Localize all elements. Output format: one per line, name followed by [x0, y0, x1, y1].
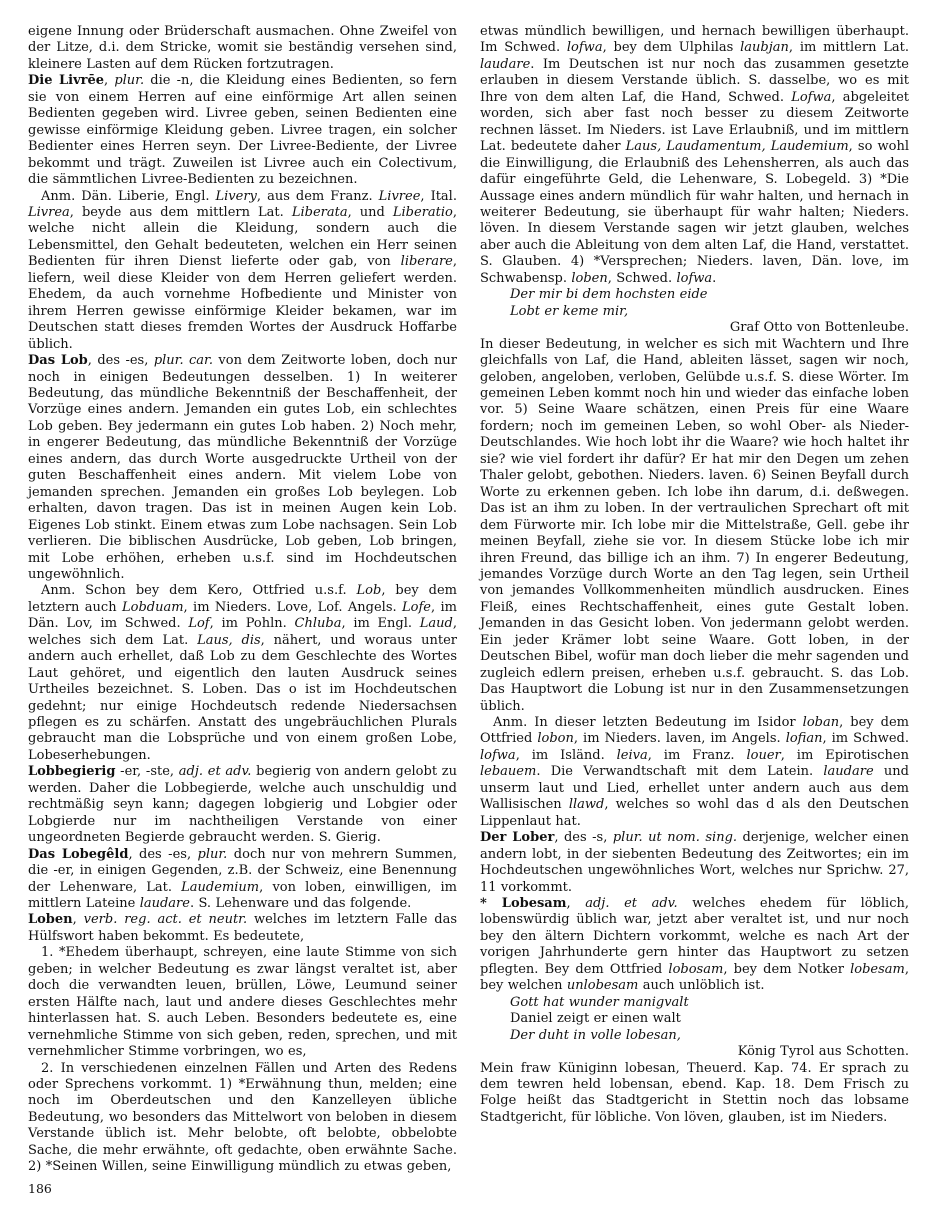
body-text: , so wohl die Einwilligung, die Erlaubni… — [480, 139, 909, 286]
body-text: , bey dem Notker — [723, 962, 850, 977]
foreign-term: plur. car. — [154, 353, 213, 368]
text-columns: eigene Innung oder Brüderschaft ausmache… — [28, 24, 909, 1176]
body-text: 2. In verschiedenen einzelnen Fällen und… — [28, 1061, 457, 1175]
foreign-term: Lof — [188, 616, 209, 631]
paragraph: etwas mündlich bewilligen, und hernach b… — [480, 24, 909, 287]
body-text: Anm. In dieser letzten Bedeutung im Isid… — [493, 715, 803, 730]
foreign-term: Lob — [357, 583, 382, 598]
foreign-term: unlobesam — [567, 978, 639, 993]
body-text: Anm. Schon bey dem Kero, Ottfried u.s.f. — [41, 583, 357, 598]
dictionary-entry: Loben, verb. reg. act. et neutr. welches… — [28, 912, 457, 945]
foreign-term: llawd — [569, 797, 605, 812]
foreign-term: plur. — [198, 847, 228, 862]
body-text: 1. *Ehedem überhaupt, schreyen, eine lau… — [28, 945, 457, 1059]
annotation-paragraph: Anm. Schon bey dem Kero, Ottfried u.s.f.… — [28, 583, 457, 764]
body-text: Graf Otto von Bottenleube. — [730, 320, 909, 335]
foreign-term: lofwa — [480, 748, 516, 763]
headword: * Lobesam — [480, 896, 566, 911]
dictionary-entry: Der Lober, des -s, plur. ut nom. sing. d… — [480, 830, 909, 896]
body-text: die -n, die Kleidung eines Bedienten, so… — [28, 73, 457, 187]
dictionary-entry: Das Lob, des -es, plur. car. von dem Zei… — [28, 353, 457, 583]
foreign-term: lobesam — [850, 962, 905, 977]
quote-attribution: König Tyrol aus Schotten. — [480, 1044, 909, 1060]
foreign-term: Laus, dis — [197, 633, 261, 648]
paragraph: Mein fraw Küniginn lobesan, Theuerd. Kap… — [480, 1061, 909, 1127]
dictionary-entry: Die Livrēe, plur. die -n, die Kleidung e… — [28, 73, 457, 188]
foreign-term: liberare — [401, 254, 453, 269]
body-text: , im Pohln. — [210, 616, 295, 631]
foreign-term: leiva — [617, 748, 648, 763]
foreign-term: Livrea — [28, 205, 70, 220]
body-text: , bey dem Ulphilas — [603, 40, 741, 55]
foreign-term: verb. reg. act. et neutr. — [84, 912, 247, 927]
page-number: 186 — [28, 1181, 52, 1196]
dictionary-entry: * Lobesam, adj. et adv. welches ehedem f… — [480, 896, 909, 995]
foreign-term: Lofe — [402, 600, 431, 615]
body-text: , Ital. — [420, 189, 457, 204]
body-text: , — [104, 73, 114, 88]
body-text: . Die Verwandtschaft mit dem Latein. — [536, 764, 823, 779]
foreign-term: lobosam — [668, 962, 723, 977]
body-text: , im Franz. — [648, 748, 747, 763]
numbered-paragraph: 1. *Ehedem überhaupt, schreyen, eine lau… — [28, 945, 457, 1060]
foreign-term: Lobduam — [122, 600, 184, 615]
body-text: , im Nieders. Love, Lof. Angels. — [184, 600, 402, 615]
body-text: Anm. Dän. Liberie, Engl. — [41, 189, 216, 204]
foreign-term: adj. et adv. — [585, 896, 677, 911]
headword: Loben — [28, 912, 73, 927]
foreign-term: Liberatio — [393, 205, 453, 220]
body-text: , des -es, — [128, 847, 197, 862]
foreign-term: Laus, Laudamentum, Laudemium — [626, 139, 849, 154]
body-text: , des -s, — [554, 830, 613, 845]
paragraph: In dieser Bedeutung, in welcher es sich … — [480, 337, 909, 715]
body-text: , und — [348, 205, 393, 220]
body-text: , im Schwed. — [822, 731, 909, 746]
foreign-term: louer — [746, 748, 780, 763]
foreign-term: plur. ut nom. sing. — [613, 830, 737, 845]
column-left: eigene Innung oder Brüderschaft ausmache… — [28, 24, 457, 1176]
column-right: etwas mündlich bewilligen, und hernach b… — [480, 24, 909, 1176]
foreign-term: laudare — [823, 764, 873, 779]
paragraph: eigene Innung oder Brüderschaft ausmache… — [28, 24, 457, 73]
foreign-term: loben — [571, 271, 607, 286]
body-text: , im Engl. — [341, 616, 419, 631]
foreign-term: Livree — [379, 189, 421, 204]
foreign-term: adj. et adv. — [179, 764, 252, 779]
foreign-term: laudare — [480, 57, 530, 72]
body-text: König Tyrol aus Schotten. — [738, 1044, 909, 1059]
foreign-term: Liberata — [292, 205, 348, 220]
body-text: . — [712, 271, 716, 286]
verse-line: Lobt er keme mir, — [510, 304, 909, 320]
headword: Die Livrēe — [28, 73, 104, 88]
body-text: , beyde aus dem mittlern Lat. — [70, 205, 292, 220]
body-text: , — [73, 912, 84, 927]
verse-line: Gott hat wunder manigvalt — [510, 995, 909, 1011]
foreign-term: lofian — [786, 731, 823, 746]
body-text: -er, -ste, — [115, 764, 178, 779]
verse-quote: Der mir bi dem hochsten eideLobt er keme… — [480, 287, 909, 320]
foreign-term: loban — [803, 715, 839, 730]
body-text: , im Nieders. laven, im Angels. — [574, 731, 786, 746]
annotation-paragraph: Anm. In dieser letzten Bedeutung im Isid… — [480, 715, 909, 830]
foreign-term: Laudemium — [181, 880, 259, 895]
verse-line: Daniel zeigt er einen walt — [510, 1011, 909, 1027]
verse-line: Der mir bi dem hochsten eide — [510, 287, 909, 303]
foreign-term: plur. — [114, 73, 144, 88]
annotation-paragraph: Anm. Dän. Liberie, Engl. Livery, aus dem… — [28, 189, 457, 354]
dictionary-entry: Lobbegierig -er, -ste, adj. et adv. begi… — [28, 764, 457, 846]
dictionary-entry: Das Lobegêld, des -es, plur. doch nur vo… — [28, 847, 457, 913]
verse-quote: Gott hat wunder manigvaltDaniel zeigt er… — [480, 995, 909, 1044]
body-text: , aus dem Franz. — [257, 189, 379, 204]
foreign-term: laubjan — [740, 40, 789, 55]
body-text: , im mittlern Lat. — [789, 40, 909, 55]
dictionary-page: eigene Innung oder Brüderschaft ausmache… — [0, 0, 935, 1210]
body-text: , nähert, und woraus unter andern auch e… — [28, 633, 457, 763]
foreign-term: Chluba — [295, 616, 342, 631]
foreign-term: lobon — [537, 731, 574, 746]
verse-line: Der duht in volle lobesan, — [510, 1028, 909, 1044]
body-text: Mein fraw Küniginn lobesan, Theuerd. Kap… — [480, 1061, 909, 1125]
body-text: eigene Innung oder Brüderschaft ausmache… — [28, 24, 457, 72]
headword: Das Lobegêld — [28, 847, 128, 862]
foreign-term: Lofwa — [791, 90, 831, 105]
headword: Lobbegierig — [28, 764, 115, 779]
body-text: In dieser Bedeutung, in welcher es sich … — [480, 337, 909, 714]
foreign-term: laudare — [140, 896, 190, 911]
foreign-term: lebauem — [480, 764, 536, 779]
headword: Der Lober — [480, 830, 554, 845]
body-text: . S. Lehenware und das folgende. — [190, 896, 411, 911]
body-text: , im Epirotischen — [781, 748, 909, 763]
foreign-term: lofwa — [676, 271, 712, 286]
foreign-term: Livery — [216, 189, 257, 204]
body-text: , im Isländ. — [516, 748, 617, 763]
body-text: , — [566, 896, 585, 911]
numbered-paragraph: 2. In verschiedenen einzelnen Fällen und… — [28, 1061, 457, 1176]
foreign-term: Laud — [420, 616, 453, 631]
body-text: auch unlöblich ist. — [638, 978, 764, 993]
foreign-term: lofwa — [567, 40, 603, 55]
body-text: , des -es, — [88, 353, 154, 368]
body-text: , Schwed. — [608, 271, 677, 286]
headword: Das Lob — [28, 353, 88, 368]
quote-attribution: Graf Otto von Bottenleube. — [480, 320, 909, 336]
body-text: von dem Zeitworte loben, doch nur noch i… — [28, 353, 457, 582]
